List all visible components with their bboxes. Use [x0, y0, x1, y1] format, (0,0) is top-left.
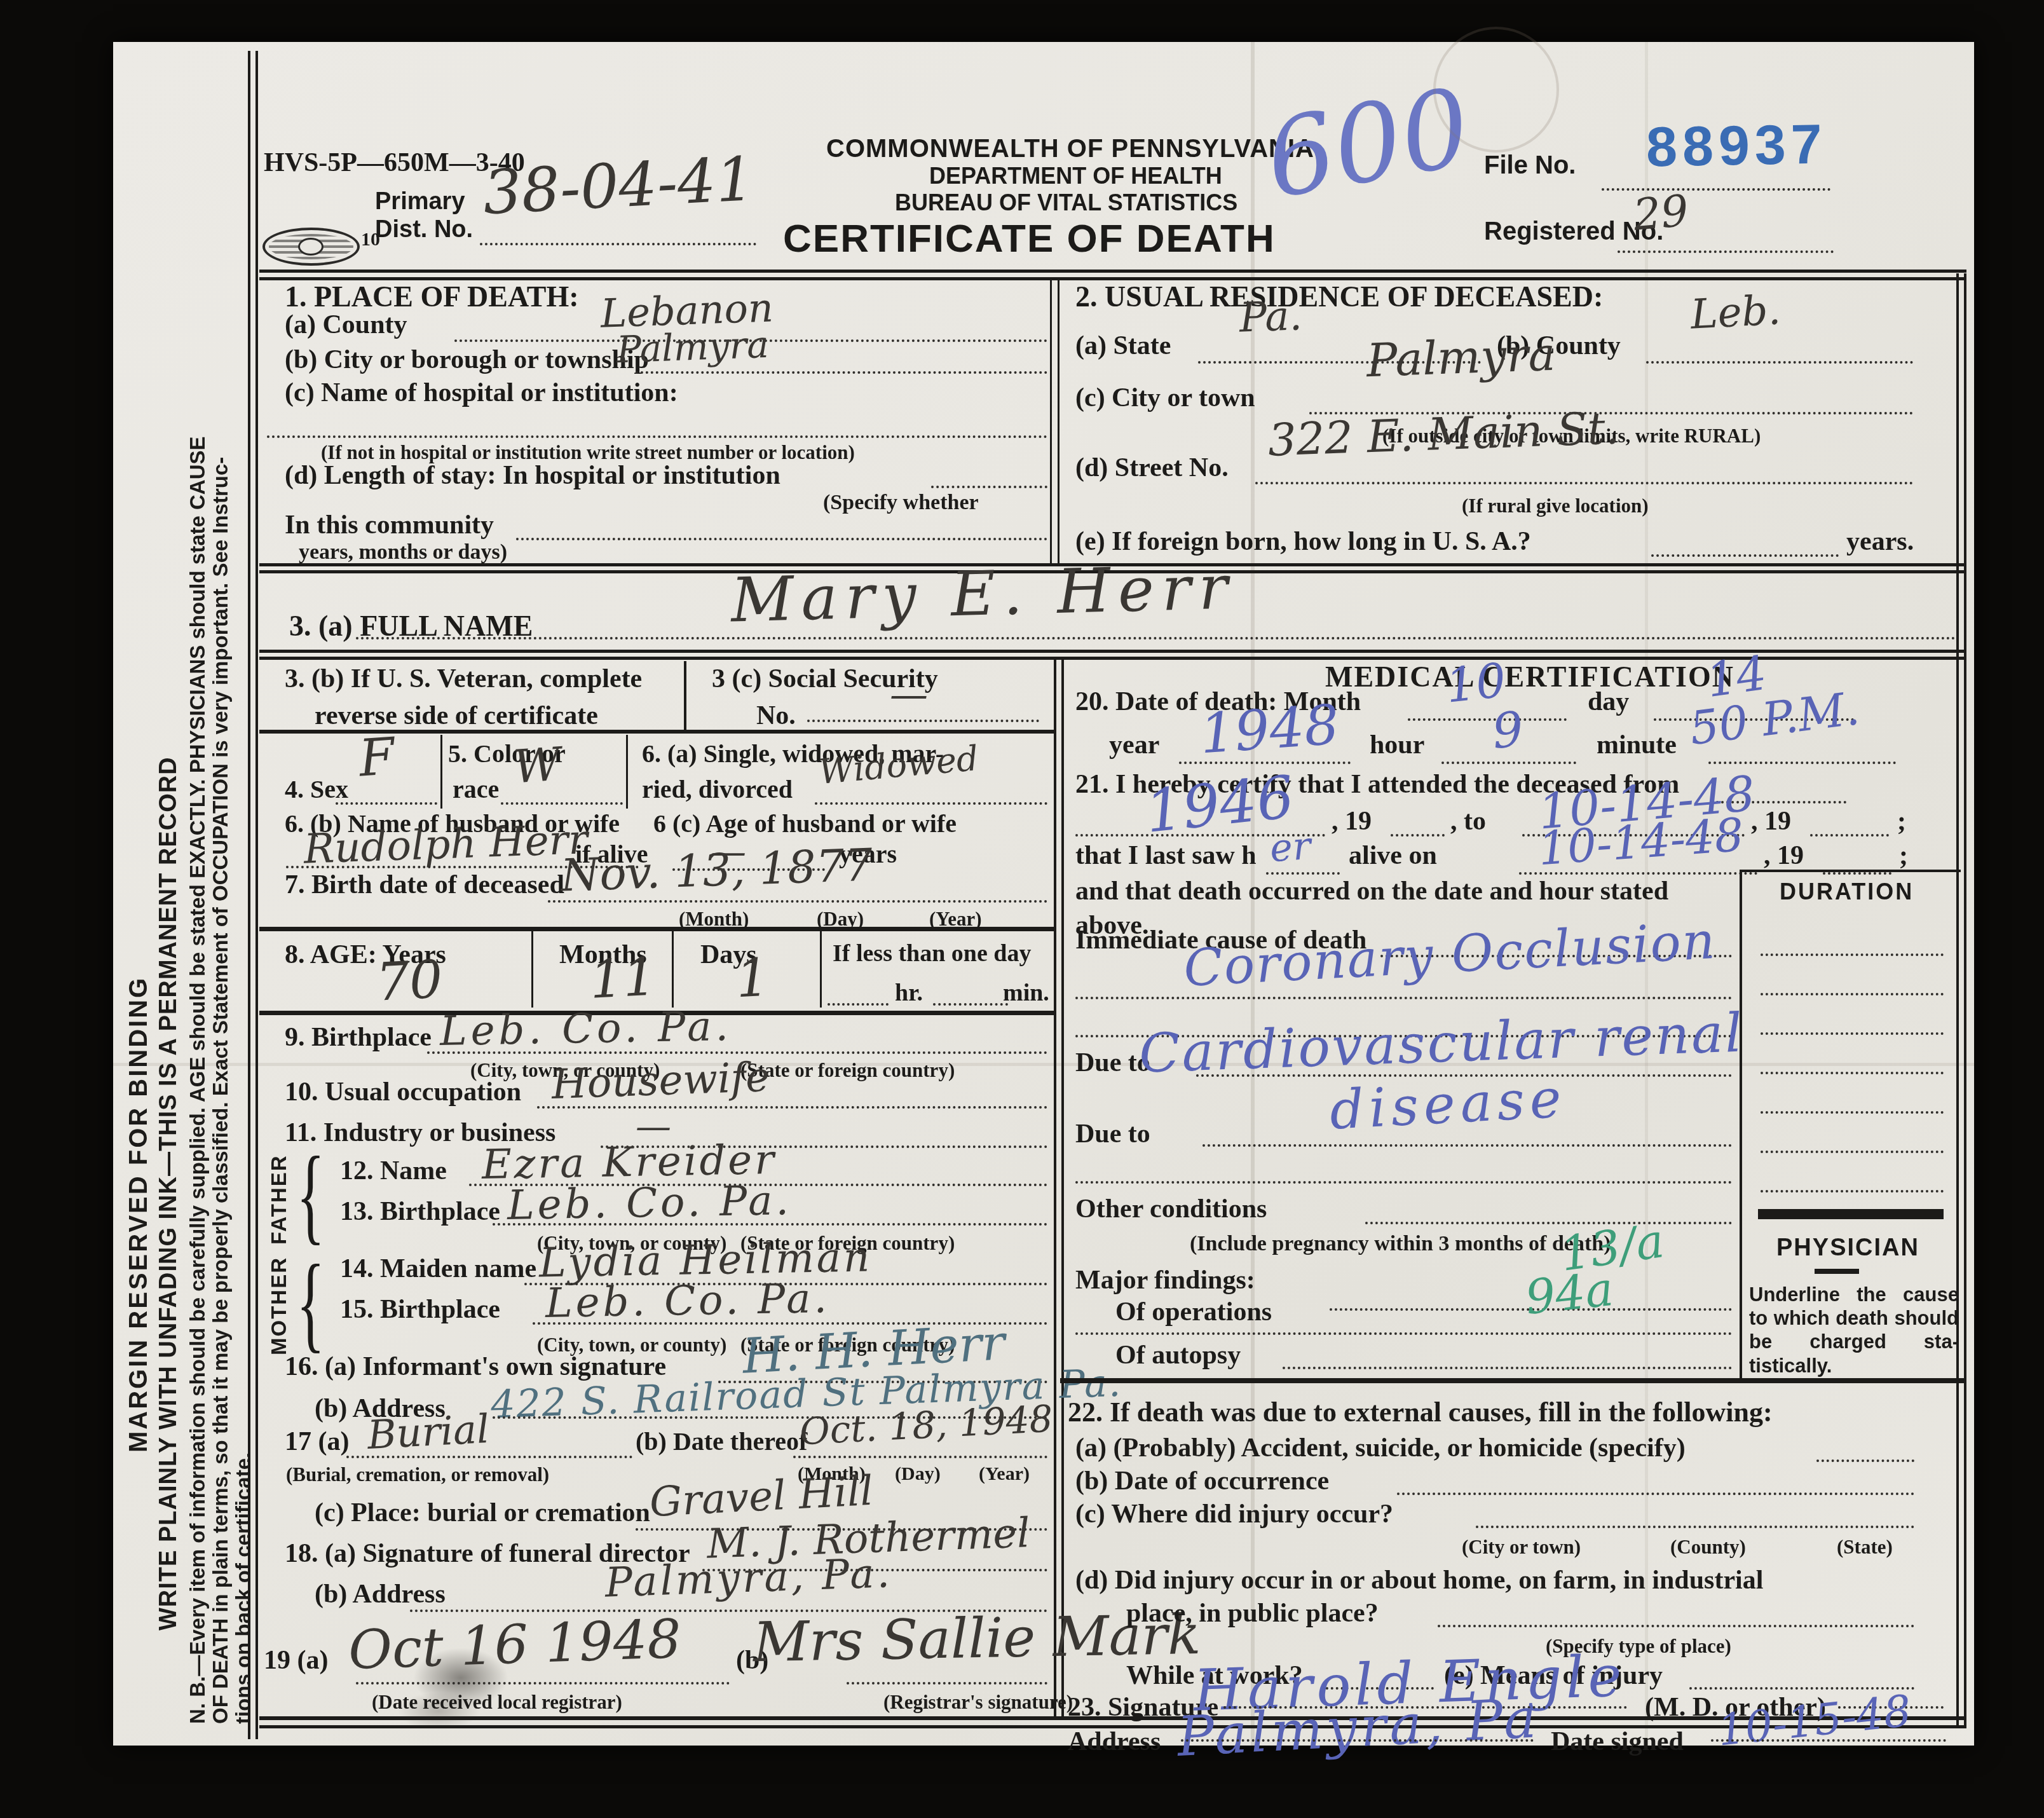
department-heading: DEPARTMENT OF HEALTH — [929, 163, 1222, 189]
funeral-address-value: Palmyra, Pa. — [604, 1550, 893, 1607]
length-of-stay-label: (d) Length of stay: In hospital or insti… — [285, 460, 780, 491]
death-day-label: day — [1588, 687, 1629, 717]
duration-line-2 — [1761, 993, 1944, 995]
form-border-left-outer — [248, 51, 250, 1739]
hospital-name-label: (c) Name of hospital or institution: — [285, 378, 678, 408]
burial-place-label: (c) Place: burial or cremation — [315, 1498, 650, 1528]
sex-line — [336, 802, 437, 805]
external-causes-title: 22. If death was due to external causes,… — [1068, 1396, 1773, 1428]
seal-center — [298, 238, 324, 256]
date-thereof-line — [793, 1456, 1047, 1458]
file-no-label: File No. — [1484, 151, 1576, 180]
mother-bracket-label: MOTHER — [267, 1257, 291, 1355]
father-bracket-label: FATHER — [267, 1154, 291, 1245]
informant-signature-label: 16. (a) Informant's own signature — [285, 1351, 666, 1382]
physician-address-line — [1181, 1739, 1534, 1742]
county-label: (a) County — [285, 310, 407, 340]
accident-label: (a) (Probably) Accident, suicide, or hom… — [1075, 1433, 1686, 1463]
other-conditions-label: Other conditions — [1075, 1194, 1267, 1224]
death-minute-label: minute — [1597, 730, 1677, 760]
seal-number: 10 — [361, 229, 380, 250]
findings-code-2: 94a — [1523, 1262, 1616, 1325]
physician-address-label: Address — [1068, 1726, 1161, 1757]
ssn-line — [807, 720, 1039, 722]
to-semicolon: ; — [1897, 806, 1906, 837]
divider-color-marital — [626, 735, 628, 809]
registered-no-value: 29 — [1632, 186, 1691, 240]
birth-date-line — [548, 900, 1047, 903]
ssn-label-2: No. — [756, 701, 796, 731]
rule-age-top — [259, 927, 1054, 931]
divider-age-2 — [672, 931, 674, 1008]
age-months-value: 11 — [589, 947, 658, 1010]
registrar-signature-line — [847, 1682, 1047, 1685]
date-signed-label: Date signed — [1551, 1726, 1684, 1757]
alive-on-label: alive on — [1349, 840, 1437, 871]
certificate-title: CERTIFICATE OF DEATH — [783, 216, 1276, 261]
her-value: er — [1269, 824, 1312, 871]
date-signed-line — [1711, 1739, 1946, 1742]
city-town-label: (c) City or town — [1075, 383, 1255, 413]
mother-birthplace-value: Leb. Co. Pa. — [545, 1275, 830, 1327]
date-thereof-label: (b) Date thereof — [636, 1426, 807, 1456]
mother-birthplace-label: 15. Birthplace — [340, 1294, 500, 1325]
registrar-date-value: Oct 16 1948 — [347, 1608, 682, 1681]
findings-mid-line — [1075, 1332, 1732, 1335]
column-divider-a — [1054, 660, 1056, 1716]
due-to-2-line — [1203, 1144, 1732, 1147]
registrar-date-note: (Date received local registrar) — [372, 1691, 622, 1714]
occurrence-date-label: (b) Date of occurrence — [1075, 1466, 1329, 1496]
city-borough-line — [636, 371, 1047, 374]
column-divider-b — [1061, 660, 1064, 1716]
injury-place-label-2: place, in public place? — [1126, 1598, 1379, 1629]
divider-sex-color — [440, 735, 442, 809]
veteran-label-2: reverse side of certificate — [315, 701, 598, 731]
state-value: Pa. — [1239, 292, 1303, 341]
from-19-label: , 19 — [1332, 806, 1372, 837]
injury-where-line — [1476, 1526, 1914, 1528]
occupation-line — [537, 1106, 1047, 1109]
duration-line-7 — [1761, 1190, 1944, 1193]
physician-note: Underline the cause to which death shoul… — [1749, 1283, 1959, 1377]
burial-value: Burial — [366, 1405, 490, 1458]
to-19-line — [1810, 834, 1889, 837]
age-years-value: 70 — [375, 949, 444, 1013]
registered-no-line — [1618, 250, 1834, 253]
form-border-left-inner — [255, 51, 258, 1739]
thereof-day-note: (Day) — [895, 1463, 941, 1485]
duration-solid-bar — [1758, 1209, 1944, 1219]
place-of-death-title: 1. PLACE OF DEATH: — [285, 280, 579, 313]
ssn-value: — — [890, 673, 928, 717]
saw-19-label: , 19 — [1764, 840, 1804, 871]
hospital-name-line — [267, 435, 1047, 438]
of-autopsy-line — [1283, 1367, 1732, 1369]
injury-place-line — [1438, 1625, 1914, 1627]
to-label: , to — [1450, 806, 1486, 837]
dist-no-line — [480, 243, 756, 245]
to-19-label: , 19 — [1751, 806, 1791, 837]
age-hr-label: hr. — [895, 979, 923, 1007]
embossed-seal-ring — [1433, 27, 1559, 153]
injury-state-note: (State) — [1837, 1536, 1893, 1559]
physician-header: PHYSICIAN — [1776, 1234, 1919, 1262]
birthplace-sub2: (State or foreign country) — [740, 1059, 955, 1082]
funeral-address-label: (b) Address — [315, 1579, 446, 1610]
age-days-value: 1 — [735, 948, 771, 1010]
sex-label: 4. Sex — [285, 774, 348, 804]
father-brace: { — [296, 1133, 325, 1257]
physician-dash — [1815, 1269, 1859, 1274]
of-operations-label: Of operations — [1115, 1297, 1272, 1327]
injury-city-note: (City or town) — [1462, 1536, 1581, 1559]
occupation-label: 10. Usual occupation — [285, 1077, 521, 1107]
injury-where-label: (c) Where did injury occur? — [1075, 1499, 1393, 1529]
from-19-line — [1391, 834, 1445, 837]
father-birthplace-line — [493, 1223, 1047, 1226]
state-seal-stamp — [262, 228, 360, 266]
city-town-value: Palmyra — [1366, 327, 1557, 387]
margin-nb-note-line1: N. B.—Every item of information should b… — [186, 436, 210, 1724]
husband-name-value: Rudolph Herr — [303, 816, 589, 873]
maiden-name-label: 14. Maiden name — [340, 1254, 536, 1284]
primary-dist-number-value: 38-04-41 — [481, 144, 756, 228]
file-no-stamp-value: 88937 — [1645, 112, 1827, 180]
birth-date-label: 7. Birth date of deceased — [285, 870, 564, 900]
husband-age-label: 6 (c) Age of husband or wife — [653, 809, 957, 838]
street-no-line — [1255, 482, 1913, 484]
accident-line — [1816, 1459, 1914, 1462]
death-minute-line — [1708, 762, 1896, 764]
due-to-2-value: disease — [1328, 1067, 1568, 1141]
father-name-label: 12. Name — [340, 1156, 447, 1186]
father-birthplace-label: 13. Birthplace — [340, 1196, 500, 1227]
foreign-born-label: (e) If foreign born, how long in U. S. A… — [1075, 526, 1531, 557]
duration-line-6 — [1761, 1151, 1944, 1153]
street-no-label: (d) Street No. — [1075, 453, 1229, 483]
pregnancy-note: (Include pregnancy within 3 months of de… — [1190, 1232, 1611, 1256]
marital-line — [815, 802, 1047, 805]
header-rule-top — [259, 270, 1966, 273]
age-min-line — [933, 1003, 1008, 1006]
duration-line-5 — [1761, 1111, 1944, 1114]
burial-line — [346, 1456, 632, 1458]
sex-value: F — [357, 727, 397, 788]
primary-dist-label-2: Dist. No. — [375, 216, 473, 243]
death-year-label: year — [1109, 730, 1159, 760]
of-autopsy-label: Of autopsy — [1115, 1340, 1241, 1370]
usual-residence-title: 2. USUAL RESIDENCE OF DECEASED: — [1075, 280, 1603, 313]
duration-header: DURATION — [1780, 878, 1914, 905]
birthplace-label2: 9. Birthplace — [285, 1022, 432, 1053]
in-this-community-label: In this community — [285, 510, 494, 540]
death-year-value: 1948 — [1198, 693, 1341, 766]
death-month-line — [1408, 718, 1567, 721]
last-saw-line — [1519, 872, 1757, 875]
medical-certification-title: MEDICAL CERTIFICATION — [1325, 660, 1734, 694]
color-label-2: race — [453, 774, 499, 804]
duration-line-3 — [1761, 1032, 1944, 1035]
death-hour-value: 9 — [1490, 701, 1525, 760]
registrar-date-line — [356, 1682, 730, 1685]
death-hour-line — [1441, 762, 1576, 764]
occurrence-date-line — [1397, 1493, 1914, 1495]
divider-sec1-2-b — [1058, 280, 1059, 564]
community-line — [516, 538, 1047, 540]
city-borough-label: (b) City or borough or township — [285, 345, 649, 375]
last-saw-label: that I last saw h — [1075, 840, 1257, 871]
birthplace-line — [427, 1051, 1047, 1054]
margin-permanent-record-note: WRITE PLAINLY WITH UNFADING INK—THIS IS … — [155, 756, 182, 1630]
age-min-label: min. — [1003, 979, 1049, 1007]
saw-semicolon: ; — [1899, 840, 1908, 871]
bureau-heading: BUREAU OF VITAL STATISTICS — [895, 189, 1237, 216]
margin-nb-note-line3: tions on back of certificate. — [231, 1452, 255, 1724]
death-certificate-scan: MARGIN RESERVED FOR BINDING WRITE PLAINL… — [0, 0, 2044, 1818]
commonwealth-heading: COMMONWEALTH OF PENNSYLVANIA — [826, 135, 1314, 163]
registrar-signature-note: (Registrar's signature) — [883, 1691, 1073, 1714]
birth-date-value: Nov. 13, 1877 — [560, 838, 873, 901]
saw-19-line — [1823, 872, 1891, 875]
state-label: (a) State — [1075, 331, 1171, 361]
major-findings-label: Major findings: — [1075, 1265, 1255, 1295]
registrar-date-num: 19 (a) — [264, 1645, 328, 1676]
father-birthplace-value: Leb. Co. Pa. — [507, 1177, 792, 1229]
duration-box-left — [1740, 870, 1742, 1378]
immediate-cause-line-1 — [1075, 997, 1732, 999]
her-line — [1266, 872, 1340, 875]
other-conditions-line-0 — [1075, 1181, 1732, 1184]
margin-nb-note-line2: OF DEATH in plain terms, so that it may … — [208, 457, 233, 1724]
age-hr-line — [828, 1003, 889, 1006]
duration-box-top — [1740, 870, 1961, 872]
rule-sec22-top — [1060, 1378, 1966, 1383]
burial-num-label: 17 (a) — [285, 1426, 349, 1457]
veteran-label-1: 3. (b) If U. S. Veteran, complete — [285, 664, 642, 694]
years-months-days-note: years, months or days) — [299, 540, 507, 564]
divider-age-1 — [531, 931, 533, 1008]
city-borough-value: Palmyra — [616, 323, 770, 371]
other-conditions-line — [1365, 1222, 1732, 1224]
marital-label-2: ried, divorced — [642, 774, 793, 804]
age-less-label: If less than one day — [833, 940, 1032, 967]
res-county-line — [1646, 361, 1913, 364]
foreign-born-years: years. — [1846, 526, 1914, 557]
divider-3b-3c — [684, 661, 686, 731]
rural-location-note: (If rural give location) — [1462, 495, 1649, 517]
injury-county-note: (County) — [1670, 1536, 1746, 1559]
full-name-value: Mary E. Herr — [730, 552, 1236, 636]
mother-brace: { — [296, 1241, 325, 1365]
length-of-stay-line — [931, 486, 1047, 488]
specify-whether-note: (Specify whether — [823, 491, 979, 515]
color-value: W — [512, 737, 562, 794]
birthplace-value: Leb. Co. Pa. — [439, 1003, 732, 1055]
thereof-year-note: (Year) — [979, 1463, 1030, 1485]
certify-line4: and that death occurred on the date and … — [1075, 876, 1668, 906]
death-hour-label: hour — [1370, 730, 1424, 760]
primary-dist-label-1: Primary — [375, 188, 465, 215]
injury-place-label-1: (d) Did injury occur in or about home, o… — [1075, 1565, 1763, 1596]
color-line — [501, 802, 623, 805]
res-county-value: Leb. — [1689, 287, 1782, 338]
burial-note: (Burial, cremation, or removal) — [286, 1463, 549, 1486]
occupation-value: Housewife — [551, 1054, 770, 1109]
duration-line-4 — [1761, 1072, 1944, 1074]
full-name-line — [356, 637, 1956, 639]
form-border-right-outer — [1964, 273, 1966, 1725]
divider-age-3 — [820, 931, 822, 1008]
form-border-right-inner — [1956, 273, 1959, 1725]
divider-sec1-2-a — [1050, 280, 1052, 564]
foreign-born-line — [1651, 554, 1839, 557]
due-to-2-label: Due to — [1075, 1119, 1150, 1149]
duration-line-1 — [1761, 953, 1944, 956]
margin-binding-note: MARGIN RESERVED FOR BINDING — [125, 976, 153, 1452]
